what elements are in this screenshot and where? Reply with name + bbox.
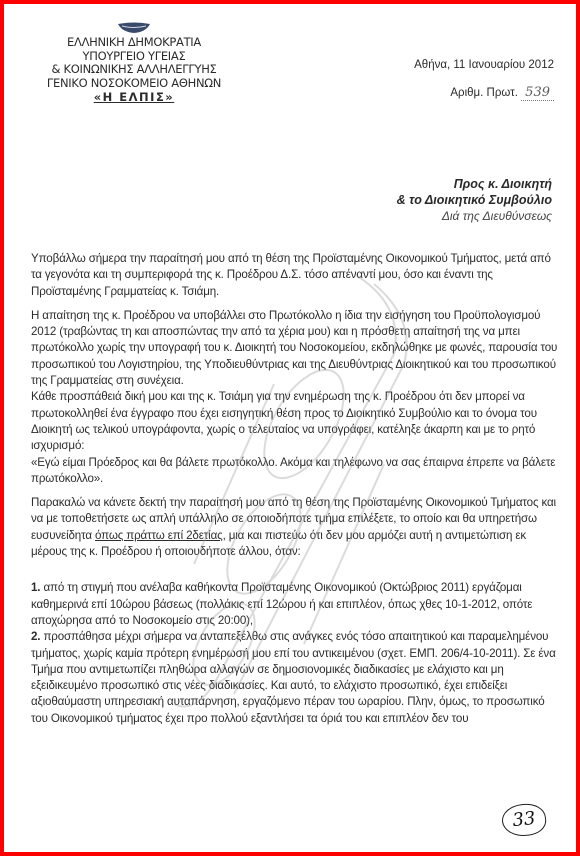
hospital-name: «Η ΕΛΠΙΣ» <box>24 91 244 105</box>
paragraph-attempts: Κάθε προσπάθειά δική μου και της κ. Τσιά… <box>31 389 561 454</box>
list-item-number: 2. <box>31 630 40 643</box>
document-page: ΕΛΛΗΝΙΚΗ ΔΗΜΟΚΡΑΤΙΑ ΥΠΟΥΡΓΕΙΟ ΥΓΕΙΑΣ & Κ… <box>0 0 580 856</box>
list-item: 1. από τη στιγμή που ανέλαβα καθήκοντα Π… <box>31 580 561 629</box>
letterhead-line: ΕΛΛΗΝΙΚΗ ΔΗΜΟΚΡΑΤΙΑ <box>24 36 244 50</box>
paragraph-quote: «Εγώ είμαι Πρόεδρος και θα βάλετε πρωτόκ… <box>31 455 561 488</box>
underlined-phrase: όπως πράττω επί 2δετίας <box>95 529 223 542</box>
protocol-label: Αριθμ. Πρωτ. <box>450 87 518 99</box>
greek-emblem-icon <box>116 22 152 34</box>
letter-body: Υποβάλλω σήμερα την παραίτησή μου από τη… <box>31 251 561 727</box>
letterhead: ΕΛΛΗΝΙΚΗ ΔΗΜΟΚΡΑΤΙΑ ΥΠΟΥΡΓΕΙΟ ΥΓΕΙΑΣ & Κ… <box>24 22 244 105</box>
protocol-number-field: Αριθμ. Πρωτ. 539 <box>414 86 554 100</box>
recipient-block: Προς κ. Διοικητή & το Διοικητικό Συμβούλ… <box>397 176 552 224</box>
list-item-text: από τη στιγμή που ανέλαβα καθήκοντα Προϊ… <box>31 581 532 627</box>
recipient-via: Διά της Διευθύνσεως <box>397 208 552 224</box>
paragraph-incident: Η απαίτηση της κ. Προέδρου να υποβάλλει … <box>31 308 561 389</box>
letterhead-line: ΥΠΟΥΡΓΕΙΟ ΥΓΕΙΑΣ <box>24 50 244 64</box>
letterhead-line: & ΚΟΙΝΩΝΙΚΗΣ ΑΛΛΗΛΕΓΓΥΗΣ <box>24 63 244 77</box>
list-item-number: 1. <box>31 581 40 594</box>
protocol-number: 539 <box>521 85 554 101</box>
page-number-mark: 33 <box>500 802 547 838</box>
list-item: 2. προσπάθησα μέχρι σήμερα να ανταπεξέλθ… <box>31 629 561 727</box>
paragraph-request: Παρακαλώ να κάνετε δεκτή την παραίτησή μ… <box>31 495 561 560</box>
document-date: Αθήνα, 11 Ιανουαρίου 2012 <box>414 58 554 72</box>
recipient-line: & το Διοικητικό Συμβούλιο <box>397 192 552 208</box>
recipient-line: Προς κ. Διοικητή <box>397 176 552 192</box>
document-meta: Αθήνα, 11 Ιανουαρίου 2012 Αριθμ. Πρωτ. 5… <box>414 58 554 100</box>
paragraph-resignation: Υποβάλλω σήμερα την παραίτησή μου από τη… <box>31 251 561 300</box>
letterhead-line: ΓΕΝΙΚΟ ΝΟΣΟΚΟΜΕΙΟ ΑΘΗΝΩΝ <box>24 77 244 91</box>
list-item-text: προσπάθησα μέχρι σήμερα να ανταπεξέλθω σ… <box>31 630 556 724</box>
